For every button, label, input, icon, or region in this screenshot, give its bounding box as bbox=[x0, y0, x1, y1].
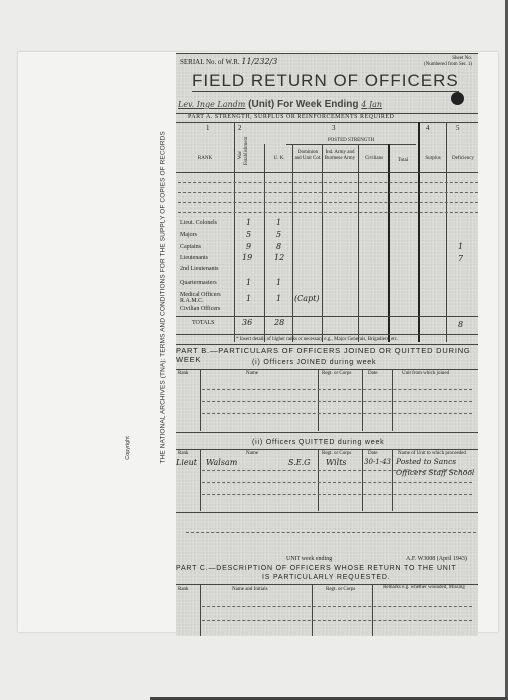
blank-row bbox=[202, 413, 472, 414]
quitted-date: 30-1-43 bbox=[364, 458, 391, 466]
row-rank: Civilian Officers bbox=[180, 306, 220, 312]
part-c-col-name: Name and Initials bbox=[232, 587, 268, 593]
col-rule bbox=[312, 584, 313, 636]
joined-col-name: Name bbox=[246, 371, 258, 377]
row-rank: Lieut. Colonels bbox=[180, 220, 217, 226]
col-rule bbox=[446, 122, 447, 342]
blank-row bbox=[202, 389, 472, 390]
part-c-col-regt: Regt. or Corps bbox=[326, 587, 355, 593]
blank-row bbox=[178, 202, 478, 203]
header-dominion: Dominion and Unit Cot. bbox=[294, 150, 322, 162]
col-rule bbox=[392, 369, 393, 431]
quitted-regt: Wilts bbox=[326, 458, 347, 467]
blank-row bbox=[202, 401, 472, 402]
cell-uk: 1 bbox=[276, 294, 281, 303]
serial-number: SERIAL No. of W.R. 11/232/3 bbox=[180, 57, 277, 66]
blank-row bbox=[178, 182, 478, 183]
header-civilian: Civilians bbox=[360, 156, 388, 162]
col-rule bbox=[392, 449, 393, 511]
col-number-1: 1 bbox=[206, 125, 210, 131]
form-title: FIELD RETURN OF OFFICERS bbox=[192, 71, 459, 92]
header-rank: RANK bbox=[180, 156, 230, 162]
quitted-col-regt: Regt. or Corps bbox=[322, 451, 351, 457]
joined-col-date: Date bbox=[368, 371, 377, 377]
header-bottom-rule bbox=[176, 172, 478, 173]
divider bbox=[176, 122, 478, 123]
blank-row bbox=[202, 606, 472, 607]
part-c-col-remarks: Remarks e.g. whether wounded, Missing bbox=[376, 585, 472, 591]
col-rule bbox=[372, 584, 373, 636]
cell-establishment: 19 bbox=[242, 253, 252, 262]
cell-uk: 1 bbox=[276, 278, 281, 287]
unit-line-label: (Unit) For Week Ending bbox=[248, 99, 358, 110]
unit-line: Lev. Inge Landm (Unit) For Week Ending 4… bbox=[178, 99, 382, 110]
col-rule bbox=[322, 144, 323, 342]
posted-strength-rule bbox=[286, 144, 416, 145]
col-rule bbox=[362, 369, 363, 431]
col-number-2: 2 bbox=[238, 125, 242, 131]
col-rule bbox=[318, 449, 319, 511]
blank-row bbox=[178, 192, 478, 193]
serial-value: 11/232/3 bbox=[241, 57, 277, 66]
divider bbox=[176, 344, 478, 345]
sheet-sub: (Numbered from Ser. 1) bbox=[424, 62, 472, 68]
serial-label: SERIAL No. of W.R. bbox=[180, 58, 240, 66]
header-uk: U. K. bbox=[268, 156, 290, 162]
row-rank: Medical Officers R.A.M.C. bbox=[180, 292, 230, 304]
archive-notice: THE NATIONAL ARCHIVES (TNA): TERMS AND C… bbox=[160, 164, 167, 464]
row-rank: Majors bbox=[180, 232, 197, 238]
col-number-5: 5 bbox=[456, 125, 460, 131]
row-rank: Captains bbox=[180, 244, 201, 250]
total-establishment: 36 bbox=[242, 318, 252, 327]
cell-uk: 5 bbox=[276, 230, 281, 239]
col-number-3: 3 bbox=[332, 125, 336, 131]
signature-line bbox=[186, 532, 476, 533]
row-rank: Lieutenants bbox=[180, 255, 208, 261]
part-c-heading: PART C.—DESCRIPTION OF OFFICERS WHOSE RE… bbox=[176, 565, 457, 572]
quitted-proceeded-to: Posted to Sancs Officers Staff School bbox=[396, 456, 476, 478]
cell-establishment: 1 bbox=[246, 294, 251, 303]
cell-uk: 8 bbox=[276, 242, 281, 251]
unit-name: Lev. Inge Landm bbox=[178, 100, 245, 109]
part-c-col-rank: Rank bbox=[178, 587, 189, 593]
cell-establishment: 1 bbox=[246, 218, 251, 227]
divider bbox=[176, 512, 478, 513]
quitted-col-name: Name bbox=[246, 451, 258, 457]
totals-label: TOTALS bbox=[192, 320, 214, 326]
header-ind-army: Ind. Army and Burmese Army bbox=[324, 150, 356, 162]
row-rank: 2nd Lieutenants bbox=[180, 266, 219, 272]
divider bbox=[176, 334, 478, 335]
cell-uk: 12 bbox=[274, 253, 284, 262]
blank-row bbox=[178, 212, 478, 213]
col-rule bbox=[264, 144, 265, 342]
blank-row bbox=[202, 494, 472, 495]
col-rule bbox=[358, 144, 359, 342]
col-rule bbox=[200, 369, 201, 431]
row-rank: Quartermasters bbox=[180, 280, 217, 286]
archive-margin: THE NATIONAL ARCHIVES (TNA): TERMS AND C… bbox=[128, 160, 168, 490]
cell-note: (Capt) bbox=[294, 294, 319, 303]
blank-row bbox=[202, 620, 472, 621]
field-return-form: SERIAL No. of W.R. 11/232/3 Sheet No. (N… bbox=[176, 53, 478, 636]
sheet-number: Sheet No. (Numbered from Ser. 1) bbox=[424, 56, 472, 68]
header-deficiency: Deficiency bbox=[448, 156, 478, 162]
joined-col-rank: Rank bbox=[178, 371, 189, 377]
col-rule bbox=[418, 122, 420, 342]
quitted-heading: (ii) Officers QUITTED during week bbox=[252, 439, 384, 446]
cell-uk: 1 bbox=[276, 218, 281, 227]
quitted-col-rank: Rank bbox=[178, 451, 189, 457]
cell-deficiency: 7 bbox=[458, 254, 463, 263]
joined-col-regt: Regt. or Corps bbox=[322, 371, 351, 377]
quitted-initials: S.E.G bbox=[288, 458, 311, 467]
col-rule bbox=[292, 144, 293, 342]
col-rule bbox=[234, 122, 235, 342]
cell-establishment: 9 bbox=[246, 242, 251, 251]
part-c-unit-week: UNIT week ending bbox=[286, 556, 332, 562]
divider bbox=[176, 369, 478, 370]
cell-establishment: 5 bbox=[246, 230, 251, 239]
blank-row bbox=[202, 482, 472, 483]
col-rule bbox=[388, 144, 390, 342]
quitted-rank: Lieut bbox=[176, 458, 197, 467]
cell-deficiency: 1 bbox=[458, 242, 463, 251]
joined-col-unit: Unit from which joined bbox=[402, 371, 449, 377]
part-c-heading-2: IS PARTICULARLY REQUESTED. bbox=[262, 574, 390, 581]
cell-establishment: 1 bbox=[246, 278, 251, 287]
col-number-4: 4 bbox=[426, 125, 430, 131]
blank-row bbox=[202, 470, 472, 471]
quitted-col-date: Date bbox=[368, 451, 377, 457]
part-a-heading: PART A. STRENGTH, SURPLUS OR REINFORCEME… bbox=[188, 114, 394, 120]
col-rule bbox=[362, 449, 363, 511]
quitted-name: Walsam bbox=[206, 458, 237, 467]
divider bbox=[176, 432, 478, 433]
col-rule bbox=[200, 584, 201, 636]
col-rule bbox=[200, 449, 201, 511]
total-deficiency: 8 bbox=[458, 320, 463, 329]
part-a-footnote: * Insert details of higher ranks or nece… bbox=[236, 337, 398, 342]
header-establishment: War Establishment bbox=[238, 145, 250, 165]
col-rule bbox=[318, 369, 319, 431]
posted-strength-label: POSTED STRENGTH bbox=[316, 138, 386, 144]
form-reference: A.F. W3008 (April 1943) bbox=[406, 556, 467, 562]
total-uk: 28 bbox=[274, 318, 284, 327]
header-total: Total bbox=[390, 158, 416, 164]
week-ending: 4 Jan bbox=[361, 100, 382, 109]
header-surplus: Surplus bbox=[420, 156, 446, 162]
divider bbox=[176, 449, 478, 450]
joined-heading: (i) Officers JOINED during week bbox=[252, 359, 376, 366]
punch-hole-icon bbox=[451, 92, 464, 105]
copyright-label: Copyright bbox=[125, 436, 131, 460]
totals-rule bbox=[176, 316, 478, 317]
